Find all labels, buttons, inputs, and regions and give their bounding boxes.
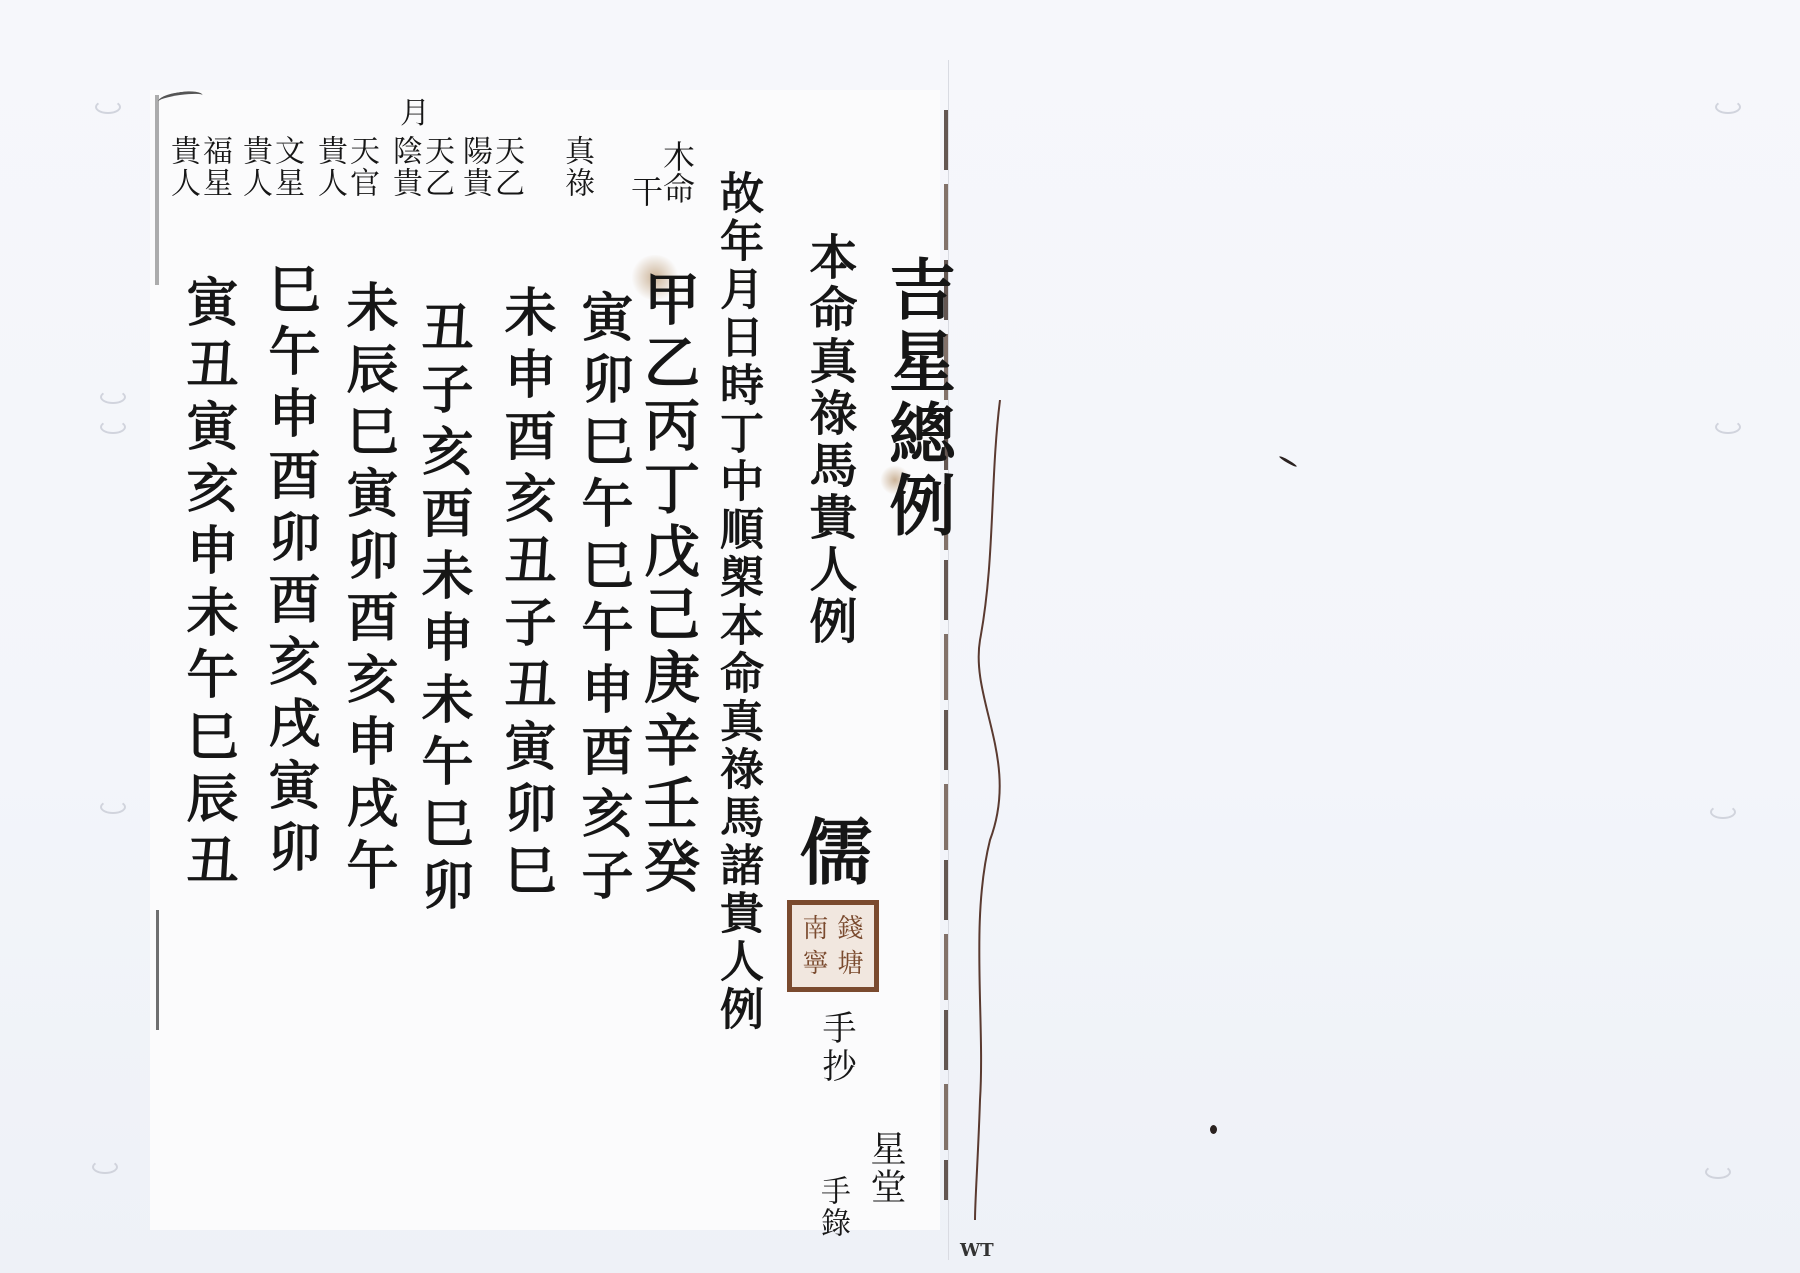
cell: 亥 (495, 471, 556, 533)
cell: 丑 (177, 337, 238, 399)
punch-mark (95, 100, 121, 114)
cell: 未 (177, 585, 238, 647)
cell: 亥 (412, 424, 473, 486)
cell: 酉 (259, 448, 320, 510)
cell: 巳 (572, 538, 633, 600)
cell: 丑 (495, 533, 556, 595)
row-header-char: 陽貴 (457, 135, 492, 199)
row-header-tianguan-2: 貴人 (313, 135, 345, 199)
cell: 巳 (495, 843, 556, 905)
row-header-char: 貴人 (165, 135, 200, 199)
footer-mark: WT (960, 1240, 994, 1261)
punch-mark (100, 800, 126, 814)
marginal-note: 月 (400, 88, 430, 132)
cell: 卯 (259, 820, 320, 882)
page-title: 吉星總例 (870, 255, 965, 543)
cell: 寅 (177, 399, 238, 461)
header-label-wood-life: 木命 (660, 140, 694, 204)
row-header-char: 貴人 (237, 135, 272, 199)
row-header-wenxing: 文星 (270, 135, 302, 199)
studio-name: 星堂 (860, 1130, 911, 1206)
page-fold-line (948, 60, 949, 1260)
cell: 巳 (572, 414, 633, 476)
cell: 卯 (495, 781, 556, 843)
stem-geng: 庚 (635, 648, 701, 711)
cell: 巳 (337, 404, 398, 466)
row-fuxing-values: 寅丑寅亥申未午巳辰丑 (170, 275, 245, 895)
heavenly-stems-row: 甲乙丙丁戊己庚辛壬癸 (628, 270, 708, 900)
row-yang-noble-values: 未申酉亥丑子丑寅卯巳 (488, 285, 563, 905)
cell: 申 (572, 662, 633, 724)
row-header-char: 天乙 (489, 135, 524, 199)
cell: 寅 (337, 466, 398, 528)
header-label-stem: 干 (628, 175, 662, 207)
row-header-yin-noble: 天乙 (420, 135, 452, 199)
row-header-char: 文星 (269, 135, 304, 199)
cell: 酉 (259, 572, 320, 634)
cell: 申 (337, 714, 398, 776)
row-header-yang-noble: 天乙 (490, 135, 522, 199)
row-header-char: 陰貴 (387, 135, 422, 199)
punch-mark (1705, 1165, 1731, 1179)
cell: 卯 (337, 528, 398, 590)
cell: 午 (177, 647, 238, 709)
stem-ding: 丁 (635, 459, 701, 522)
cell: 巳 (412, 796, 473, 858)
row-header-yin-noble-2: 陰貴 (388, 135, 420, 199)
rule-description: 故年月日時丁中順㮾本命真祿馬諸貴人例 (715, 170, 759, 1034)
cell: 未 (412, 548, 473, 610)
section-title: 本命真祿馬貴人例 (795, 232, 864, 648)
cell: 亥 (177, 461, 238, 523)
cell: 午 (337, 838, 398, 900)
stem-ji: 己 (635, 585, 701, 648)
seal-char: 錢 (833, 911, 868, 946)
row-header-char: 天乙 (419, 135, 454, 199)
stem-yi: 乙 (635, 333, 701, 396)
cell: 未 (495, 285, 556, 347)
cell: 酉 (572, 724, 633, 786)
row-true-lu-values: 寅卯巳午巳午申酉亥子 (565, 290, 640, 910)
hand-recorded-note: 手錄 (810, 1175, 854, 1239)
cell: 巳 (259, 262, 320, 324)
stem-jia: 甲 (635, 270, 701, 333)
cell: 巳 (177, 709, 238, 771)
cell: 酉 (495, 409, 556, 471)
cell: 申 (177, 523, 238, 585)
row-header-fuxing-2: 貴人 (166, 135, 198, 199)
cell: 寅 (177, 275, 238, 337)
row-yin-noble-values: 丑子亥酉未申未午巳卯 (405, 300, 480, 920)
cell: 辰 (337, 342, 398, 404)
cell: 午 (259, 324, 320, 386)
row-header-fuxing: 福星 (198, 135, 230, 199)
stem-bing: 丙 (635, 396, 701, 459)
cell: 丑 (412, 300, 473, 362)
hand-copied-note: 手抄 (812, 1010, 861, 1086)
cell: 亥 (259, 634, 320, 696)
row-tianguan-values: 未辰巳寅卯酉亥申戌午 (330, 280, 405, 900)
paper-tear-mark (960, 400, 1040, 1220)
stem-ren: 壬 (635, 774, 701, 837)
punch-mark (1710, 805, 1736, 819)
cell: 未 (412, 672, 473, 734)
punch-mark (1715, 100, 1741, 114)
cell: 丑 (177, 833, 238, 895)
cell: 寅 (495, 719, 556, 781)
punch-mark (100, 390, 126, 404)
row-header-char: 真 (559, 135, 594, 167)
cell: 卯 (572, 352, 633, 414)
row-header-yang-noble-2: 陽貴 (458, 135, 490, 199)
row-header-tianguan: 天官 (345, 135, 377, 199)
cell: 申 (259, 386, 320, 448)
cell: 子 (495, 595, 556, 657)
left-border-bracket (155, 95, 159, 285)
cell: 午 (412, 734, 473, 796)
cell: 卯 (412, 858, 473, 920)
cell: 戌 (259, 696, 320, 758)
author-signature: 儒 (800, 795, 872, 899)
cell: 酉 (412, 486, 473, 548)
punch-mark (92, 1160, 118, 1174)
punch-mark (100, 420, 126, 434)
cell: 亥 (572, 786, 633, 848)
stem-xin: 辛 (635, 711, 701, 774)
row-header-char: 天官 (344, 135, 379, 199)
seal-char: 塘 (833, 946, 868, 981)
cell: 申 (412, 610, 473, 672)
row-header-true-lu: 真祿 (560, 135, 592, 199)
cell: 酉 (337, 590, 398, 652)
left-edge-rule (156, 910, 159, 1030)
stem-gui: 癸 (635, 837, 701, 900)
ink-speck (1210, 1125, 1217, 1134)
seal-char: 南 (798, 911, 833, 946)
cell: 亥 (337, 652, 398, 714)
cell: 子 (412, 362, 473, 424)
cell: 申 (495, 347, 556, 409)
cell: 未 (337, 280, 398, 342)
row-header-char: 祿 (559, 167, 594, 199)
cell: 寅 (259, 758, 320, 820)
row-header-wenxing-2: 貴人 (238, 135, 270, 199)
red-seal-stamp: 南 錢 寧 塘 (787, 900, 879, 992)
cell: 卯 (259, 510, 320, 572)
cell: 午 (572, 476, 633, 538)
cell: 丑 (495, 657, 556, 719)
cell: 寅 (572, 290, 633, 352)
row-header-char: 貴人 (312, 135, 347, 199)
cell: 午 (572, 600, 633, 662)
cell: 辰 (177, 771, 238, 833)
stem-wu: 戊 (635, 522, 701, 585)
seal-char: 寧 (798, 946, 833, 981)
row-header-char: 福星 (197, 135, 232, 199)
row-wenxing-values: 巳午申酉卯酉亥戌寅卯 (252, 262, 327, 882)
cell: 戌 (337, 776, 398, 838)
cell: 子 (572, 848, 633, 910)
punch-mark (1715, 420, 1741, 434)
